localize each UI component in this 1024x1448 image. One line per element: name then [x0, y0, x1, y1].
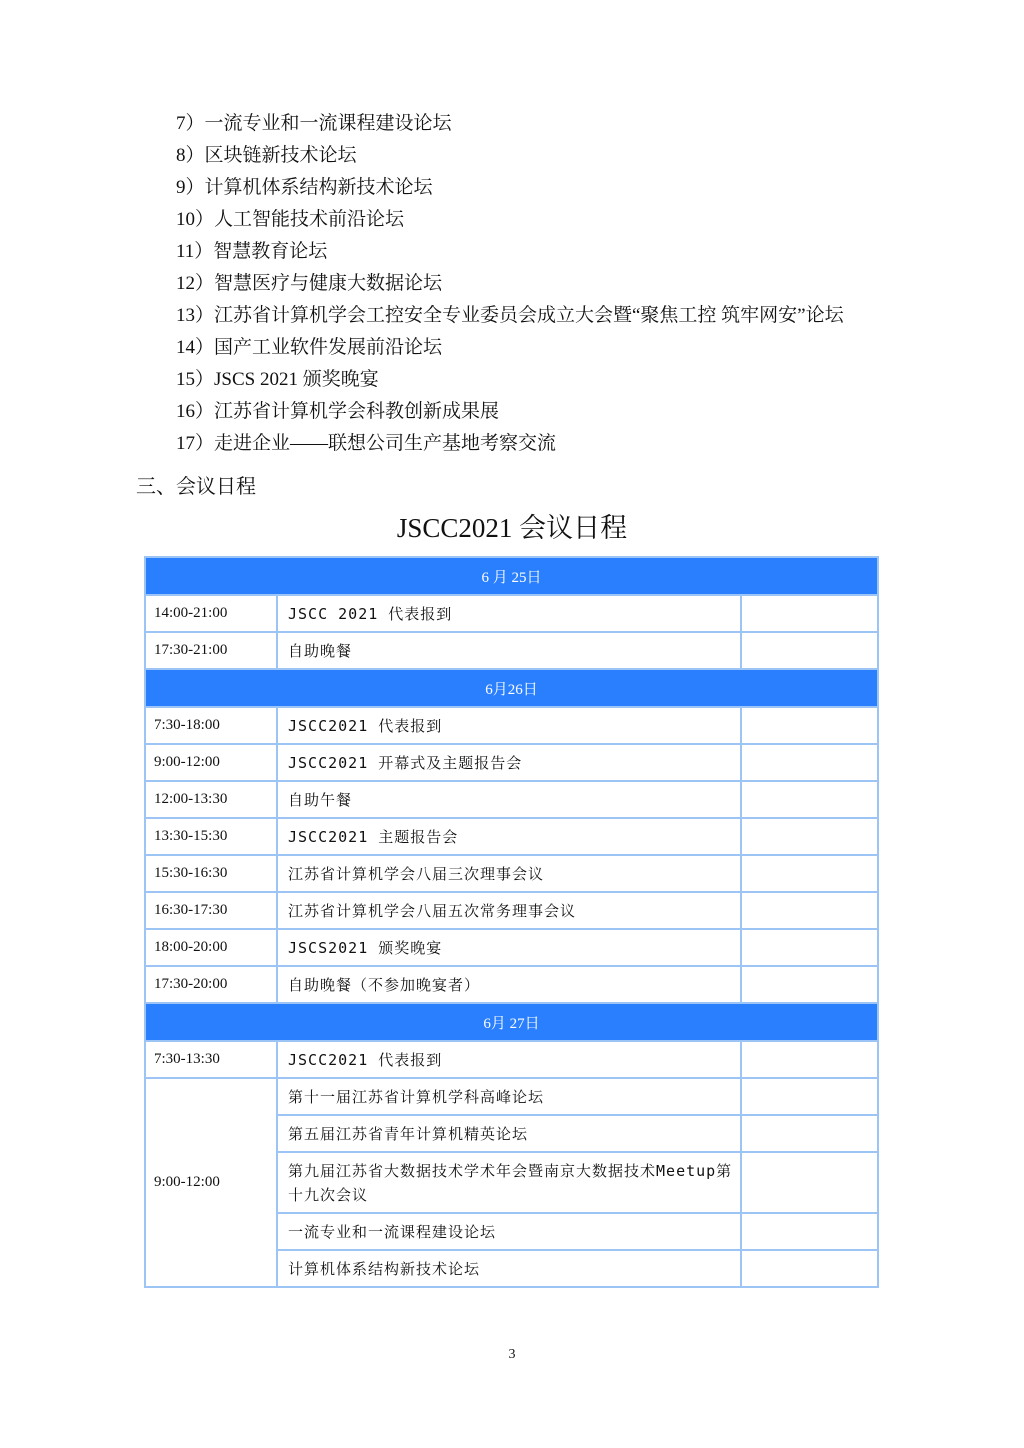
schedule-table: 6 月 25日 14:00-21:00 JSCC 2021 代表报到 17:30…: [144, 556, 879, 1288]
note-cell: [741, 595, 878, 632]
note-cell: [741, 1152, 878, 1213]
list-item: 13）江苏省计算机学会工控安全专业委员会成立大会暨“聚焦工控 筑牢网安”论坛: [176, 300, 844, 332]
note-cell: [741, 1115, 878, 1152]
event-cell: JSCS2021 颁奖晚宴: [277, 929, 741, 966]
section-heading: 三、会议日程: [136, 471, 256, 503]
list-item: 17）走进企业——联想公司生产基地考察交流: [176, 428, 844, 460]
event-cell: 第十一届江苏省计算机学科高峰论坛: [277, 1078, 741, 1115]
day-header: 6 月 25日: [145, 557, 878, 595]
day-header-row: 6月 27日: [145, 1003, 878, 1041]
note-cell: [741, 744, 878, 781]
page-number: 3: [0, 1347, 1024, 1363]
list-item: 10）人工智能技术前沿论坛: [176, 204, 844, 236]
time-cell: 16:30-17:30: [145, 892, 277, 929]
table-row: 18:00-20:00 JSCS2021 颁奖晚宴: [145, 929, 878, 966]
note-cell: [741, 818, 878, 855]
note-cell: [741, 707, 878, 744]
event-cell: 计算机体系结构新技术论坛: [277, 1250, 741, 1287]
event-cell: JSCC2021 代表报到: [277, 1041, 741, 1078]
time-cell: 17:30-20:00: [145, 966, 277, 1003]
table-row: 16:30-17:30 江苏省计算机学会八届五次常务理事会议: [145, 892, 878, 929]
list-item: 8）区块链新技术论坛: [176, 140, 844, 172]
table-row: 7:30-13:30 JSCC2021 代表报到: [145, 1041, 878, 1078]
schedule-title: JSCC2021 会议日程: [0, 508, 1024, 548]
list-item: 9）计算机体系结构新技术论坛: [176, 172, 844, 204]
time-cell: 15:30-16:30: [145, 855, 277, 892]
table-row: 17:30-20:00 自助晚餐（不参加晚宴者）: [145, 966, 878, 1003]
time-cell: 9:00-12:00: [145, 1078, 277, 1287]
event-cell: JSCC2021 开幕式及主题报告会: [277, 744, 741, 781]
table-row: 15:30-16:30 江苏省计算机学会八届三次理事会议: [145, 855, 878, 892]
table-row: 7:30-18:00 JSCC2021 代表报到: [145, 707, 878, 744]
event-cell: JSCC2021 代表报到: [277, 707, 741, 744]
event-cell: 自助午餐: [277, 781, 741, 818]
table-row: 17:30-21:00 自助晚餐: [145, 632, 878, 669]
time-cell: 14:00-21:00: [145, 595, 277, 632]
note-cell: [741, 855, 878, 892]
time-cell: 7:30-18:00: [145, 707, 277, 744]
time-cell: 18:00-20:00: [145, 929, 277, 966]
list-item: 12）智慧医疗与健康大数据论坛: [176, 268, 844, 300]
forum-list: 7）一流专业和一流课程建设论坛 8）区块链新技术论坛 9）计算机体系结构新技术论…: [176, 108, 844, 460]
event-cell: 第九届江苏省大数据技术学术年会暨南京大数据技术Meetup第十九次会议: [277, 1152, 741, 1213]
day-header-row: 6月26日: [145, 669, 878, 707]
note-cell: [741, 1250, 878, 1287]
day-header: 6月26日: [145, 669, 878, 707]
event-cell: JSCC 2021 代表报到: [277, 595, 741, 632]
day-header: 6月 27日: [145, 1003, 878, 1041]
day-header-row: 6 月 25日: [145, 557, 878, 595]
note-cell: [741, 781, 878, 818]
table-row: 9:00-12:00 第十一届江苏省计算机学科高峰论坛: [145, 1078, 878, 1115]
list-item: 11）智慧教育论坛: [176, 236, 844, 268]
event-cell: 自助晚餐: [277, 632, 741, 669]
list-item: 14）国产工业软件发展前沿论坛: [176, 332, 844, 364]
table-row: 9:00-12:00 JSCC2021 开幕式及主题报告会: [145, 744, 878, 781]
table-row: 13:30-15:30 JSCC2021 主题报告会: [145, 818, 878, 855]
note-cell: [741, 632, 878, 669]
event-cell: 一流专业和一流课程建设论坛: [277, 1213, 741, 1250]
note-cell: [741, 1213, 878, 1250]
note-cell: [741, 1078, 878, 1115]
time-cell: 7:30-13:30: [145, 1041, 277, 1078]
event-cell: 江苏省计算机学会八届三次理事会议: [277, 855, 741, 892]
note-cell: [741, 929, 878, 966]
time-cell: 13:30-15:30: [145, 818, 277, 855]
event-cell: 第五届江苏省青年计算机精英论坛: [277, 1115, 741, 1152]
list-item: 16）江苏省计算机学会科教创新成果展: [176, 396, 844, 428]
note-cell: [741, 1041, 878, 1078]
time-cell: 17:30-21:00: [145, 632, 277, 669]
list-item: 15）JSCS 2021 颁奖晚宴: [176, 364, 844, 396]
event-cell: JSCC2021 主题报告会: [277, 818, 741, 855]
event-cell: 江苏省计算机学会八届五次常务理事会议: [277, 892, 741, 929]
table-row: 14:00-21:00 JSCC 2021 代表报到: [145, 595, 878, 632]
event-cell: 自助晚餐（不参加晚宴者）: [277, 966, 741, 1003]
time-cell: 12:00-13:30: [145, 781, 277, 818]
list-item: 7）一流专业和一流课程建设论坛: [176, 108, 844, 140]
table-row: 12:00-13:30 自助午餐: [145, 781, 878, 818]
note-cell: [741, 892, 878, 929]
note-cell: [741, 966, 878, 1003]
time-cell: 9:00-12:00: [145, 744, 277, 781]
